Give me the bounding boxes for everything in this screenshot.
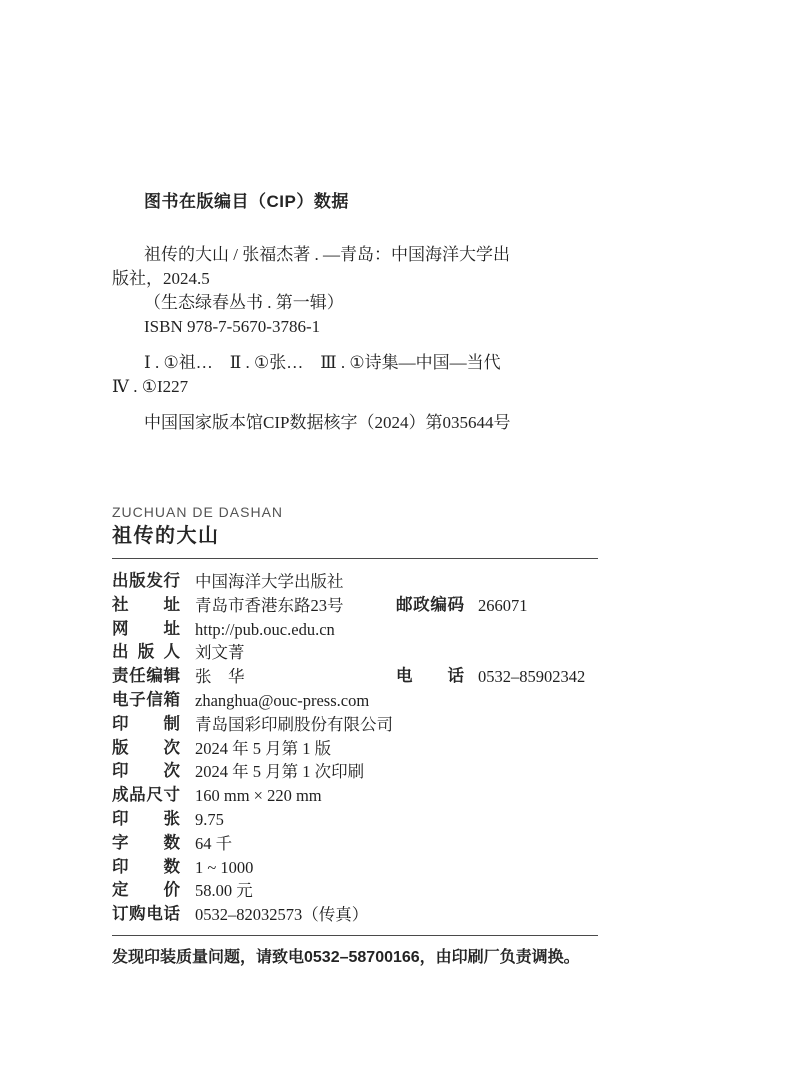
colophon-table: 出版发行中国海洋大学出版社社址青岛市香港东路23号邮政编码266071网址htt… [112,570,698,927]
colophon-label: 定价 [112,879,180,903]
colophon-row: 电子信箱zhanghua@ouc-press.com [112,689,698,713]
colophon-row: 成品尺寸160 mm × 220 mm [112,784,698,808]
colophon-label: 版次 [112,737,180,761]
colophon-row: 印制青岛国彩印刷股份有限公司 [112,713,698,737]
colophon-value: 张 华 [195,665,245,689]
colophon-label: 网址 [112,618,180,642]
colophon-value: 1 ~ 1000 [195,856,253,880]
cip-body: 祖传的大山 / 张福杰著 . —青岛：中国海洋大学出版社，2024.5（生态绿春… [112,243,698,435]
cip-line: （生态绿春丛书 . 第一辑） [112,291,698,315]
divider-top [112,558,598,559]
book-title-pinyin: ZUCHUAN DE DASHAN [112,503,283,521]
colophon-row: 定价58.00 元 [112,879,698,903]
colophon-value: 9.75 [195,808,224,832]
colophon-label: 印数 [112,856,180,880]
colophon-value: 64 千 [195,832,232,856]
colophon-label: 印张 [112,808,180,832]
colophon-row: 出版发行中国海洋大学出版社 [112,570,698,594]
cip-line: 中国国家版本馆CIP数据核字（2024）第035644号 [112,411,698,435]
colophon-label: 社址 [112,594,180,618]
colophon-row: 印张9.75 [112,808,698,832]
cip-line: ISBN 978-7-5670-3786-1 [112,315,698,339]
cip-section: 图书在版编目（CIP）数据 祖传的大山 / 张福杰著 . —青岛：中国海洋大学出… [112,190,698,435]
colophon-value: 2024 年 5 月第 1 版 [195,737,331,761]
colophon-label: 印次 [112,760,180,784]
book-title: 祖传的大山 [112,524,283,548]
colophon-label: 责任编辑 [112,665,180,689]
cip-line: Ⅳ . ①I227 [112,375,698,399]
colophon-row: 出版人刘文菁 [112,641,698,665]
colophon-row: 网址http://pub.ouc.edu.cn [112,618,698,642]
colophon-row: 社址青岛市香港东路23号邮政编码266071 [112,594,698,618]
colophon-label: 成品尺寸 [112,784,180,808]
colophon-row: 版次2024 年 5 月第 1 版 [112,737,698,761]
title-block: ZUCHUAN DE DASHAN 祖传的大山 [112,503,283,548]
colophon-label: 出版人 [112,641,180,665]
colophon-value: 青岛国彩印刷股份有限公司 [195,713,393,737]
colophon-value: http://pub.ouc.edu.cn [195,618,335,642]
colophon-row: 印数1 ~ 1000 [112,856,698,880]
copyright-page: 图书在版编目（CIP）数据 祖传的大山 / 张福杰著 . —青岛：中国海洋大学出… [0,0,799,1088]
divider-bottom [112,935,598,936]
colophon-value-secondary: 266071 [478,594,528,618]
cip-header: 图书在版编目（CIP）数据 [112,190,698,214]
colophon-label-secondary: 电话 [396,665,464,689]
colophon-label: 字数 [112,832,180,856]
colophon-value: 中国海洋大学出版社 [195,570,344,594]
cip-line: 版社，2024.5 [112,267,698,291]
colophon-label: 印制 [112,713,180,737]
colophon-value: 58.00 元 [195,879,253,903]
colophon-value: 160 mm × 220 mm [195,784,322,808]
colophon-value: 刘文菁 [195,641,245,665]
colophon-label: 订购电话 [112,903,180,927]
colophon-value: 2024 年 5 月第 1 次印刷 [195,760,364,784]
colophon-label: 电子信箱 [112,689,180,713]
colophon-row: 订购电话0532–82032573（传真） [112,903,698,927]
quality-notice: 发现印装质量问题，请致电0532–58700166，由印刷厂负责调换。 [112,946,698,970]
colophon-row: 印次2024 年 5 月第 1 次印刷 [112,760,698,784]
colophon-value: 0532–82032573（传真） [195,903,368,927]
cip-line: Ⅰ . ①祖… Ⅱ . ①张… Ⅲ . ①诗集—中国—当代 [112,351,698,375]
cip-line: 祖传的大山 / 张福杰著 . —青岛：中国海洋大学出 [112,243,698,267]
colophon-row: 责任编辑张 华电话0532–85902342 [112,665,698,689]
colophon-value: zhanghua@ouc-press.com [195,689,369,713]
colophon-label-secondary: 邮政编码 [396,594,464,618]
colophon-value-secondary: 0532–85902342 [478,665,585,689]
colophon-row: 字数64 千 [112,832,698,856]
colophon-label: 出版发行 [112,570,180,594]
colophon-value: 青岛市香港东路23号 [195,594,344,618]
